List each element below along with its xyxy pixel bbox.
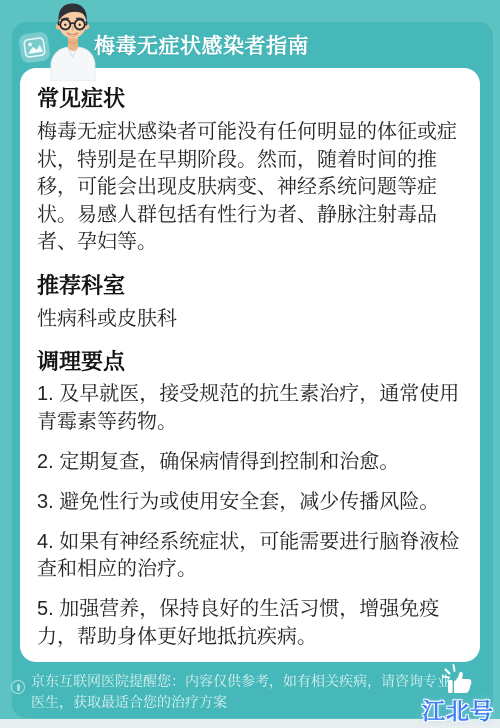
section-heading-department: 推荐科室 <box>37 272 461 300</box>
symptoms-paragraph: 梅毒无症状感染者可能没有任何明显的体征或症状，特别是在早期阶段。然而，随着时间的… <box>37 119 461 257</box>
care-point-item: 2. 定期复查，确保病情得到控制和治愈。 <box>37 449 461 477</box>
disclaimer-text: 京东互联网医院提醒您：内容仅供参考，如有相关疾病，请咨询专业医生，获取最适合您的… <box>31 671 455 713</box>
care-point-item: 4. 如果有神经系统症状，可能需要进行脑脊液检查和相应的治疗。 <box>37 529 461 584</box>
care-point-item: 5. 加强营养，保持良好的生活习惯，增强免疫力，帮助身体更好地抵抗疾病。 <box>37 596 461 651</box>
thumbs-up-icon[interactable] <box>441 662 473 695</box>
department-text: 性病科或皮肤科 <box>37 306 461 334</box>
page-title: 梅毒无症状感染者指南 <box>94 30 309 60</box>
section-heading-care-points: 调理要点 <box>37 348 461 376</box>
section-heading-symptoms: 常见症状 <box>37 85 461 113</box>
watermark-badge: 江北号 <box>422 693 494 726</box>
care-point-item: 1. 及早就医，接受规范的抗生素治疗，通常使用青霉素等药物。 <box>37 381 461 436</box>
photo-icon-glyph <box>23 37 46 59</box>
info-circle-icon <box>11 680 25 694</box>
care-point-item: 3. 避免性行为或使用安全套，减少传播风险。 <box>37 489 461 517</box>
doctor-avatar <box>44 0 101 81</box>
content-card: 常见症状 梅毒无症状感染者可能没有任何明显的体征或症状，特别是在早期阶段。然而，… <box>20 68 480 662</box>
